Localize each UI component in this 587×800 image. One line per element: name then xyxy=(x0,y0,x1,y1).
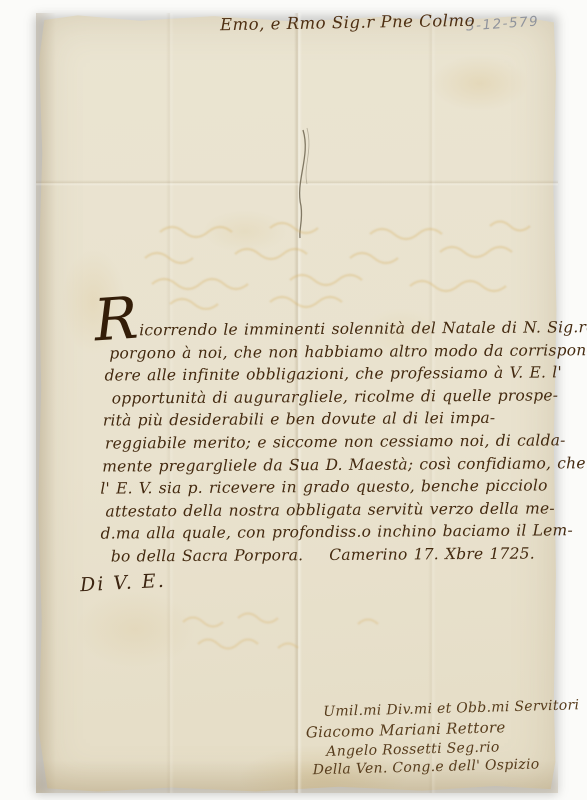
letter-body: icorrendo le imminenti solennità del Nat… xyxy=(97,316,554,568)
body-line-end: bo della Sacra Porpora. xyxy=(111,546,304,565)
body-line: rità più desiderabili e ben dovute al di… xyxy=(98,407,553,433)
dateline: Camerino 17. Xbre 1725. xyxy=(329,544,535,563)
document-scan: 3-12-579 Emo, e Rmo Sig.r Pne Colmo R ic… xyxy=(0,0,587,800)
body-line: d.ma alla quale, con profondiss.o inchin… xyxy=(99,520,554,546)
closing-valediction: Di V. E. xyxy=(79,570,166,596)
body-line: opportunità di augurargliele, ricolme di… xyxy=(98,384,553,410)
body-line: icorrendo le imminenti solennità del Nat… xyxy=(97,316,552,342)
bleed-through-ink xyxy=(140,206,560,310)
paper-edge-shading xyxy=(36,13,56,793)
body-line: mente pregargliele da Sua D. Maestà; cos… xyxy=(98,452,553,478)
body-line: dere alle infinite obbligazioni, che pro… xyxy=(97,362,552,388)
body-line: bo della Sacra Porpora.Camerino 17. Xbre… xyxy=(99,542,554,568)
bleed-through-ink xyxy=(128,608,418,668)
body-line: porgono à noi, che non habbiamo altro mo… xyxy=(97,339,552,365)
body-line: attestato della nostra obbligata servitù… xyxy=(98,497,553,523)
body-line: l' E. V. sia p. ricevere in grado questo… xyxy=(98,475,553,501)
signature-block: Umil.mi Div.mi et Obb.mi Servitori Giaco… xyxy=(299,696,576,779)
body-line: reggiabile merito; e siccome non cessiam… xyxy=(98,429,553,455)
